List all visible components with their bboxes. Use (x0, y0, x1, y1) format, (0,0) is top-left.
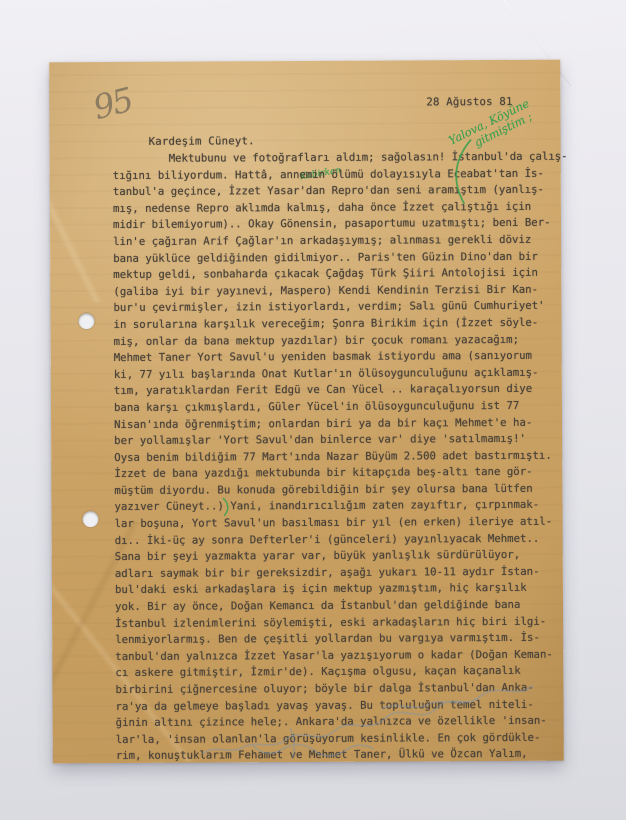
typed-line: yok. Bir ay önce, Doğan Kemancı da İstan… (115, 597, 561, 616)
typed-line: Mehmet Taner Yort Savul'u yeniden basmak… (114, 348, 560, 367)
green-note-line: Yalova, Köyüne (447, 78, 569, 147)
typed-line: bana karşı çıkmışlardı, Güler Yücel'in ö… (114, 398, 560, 417)
typed-line: mektup geldi, sonbaharda çıkacak Çağdaş … (113, 265, 559, 284)
typed-line: tanbul'a geçince, İzzet Yasar'dan Repro'… (113, 182, 559, 201)
typed-line: rim, konuştuklarım Fehamet ve Mehmet Tan… (116, 746, 562, 765)
photo-backdrop: 28 Ağustos 81 95 Yalova, Köyüne gitmişti… (0, 0, 626, 820)
letter-body: Mektubunu ve fotoğrafları aldım; sağolas… (113, 149, 562, 765)
typed-line: lar boşuna, Yort Savul'un basılması bir … (115, 514, 561, 533)
letter-date: 28 Ağustos 81 (426, 95, 512, 108)
hole-punch-bottom (83, 511, 99, 527)
pencil-page-number: 95 (89, 80, 135, 127)
green-handwritten-note: Yalova, Köyüne gitmiştim ; (447, 78, 575, 158)
letter-page: 28 Ağustos 81 95 Yalova, Köyüne gitmişti… (49, 60, 564, 764)
typed-line: ğinin altını çizince hele;. Ankara'da ya… (116, 713, 562, 732)
typed-line: Sana bir şeyi yazmakta yarar var, büyük … (115, 547, 561, 566)
typed-line: lenmiyorlarmış. Ben de çeşitli yollardan… (115, 630, 561, 649)
salutation: Kardeşim Cüneyt. (149, 134, 255, 148)
typed-line: birbirini çiğnercesine oluyor; böyle bir… (115, 680, 561, 699)
typed-line: lin'e çağıran Arif Çağlar'ın arkadaşıymı… (113, 232, 559, 251)
typed-line: Mektubunu ve fotoğrafları aldım; sağolas… (113, 149, 559, 168)
typed-line: in sorularına karşılık vereceğim; Şonra … (114, 315, 560, 334)
typed-line: ber yollamışlar 'Yort Savul'dan binlerce… (114, 431, 560, 450)
hole-punch-top (78, 313, 94, 329)
